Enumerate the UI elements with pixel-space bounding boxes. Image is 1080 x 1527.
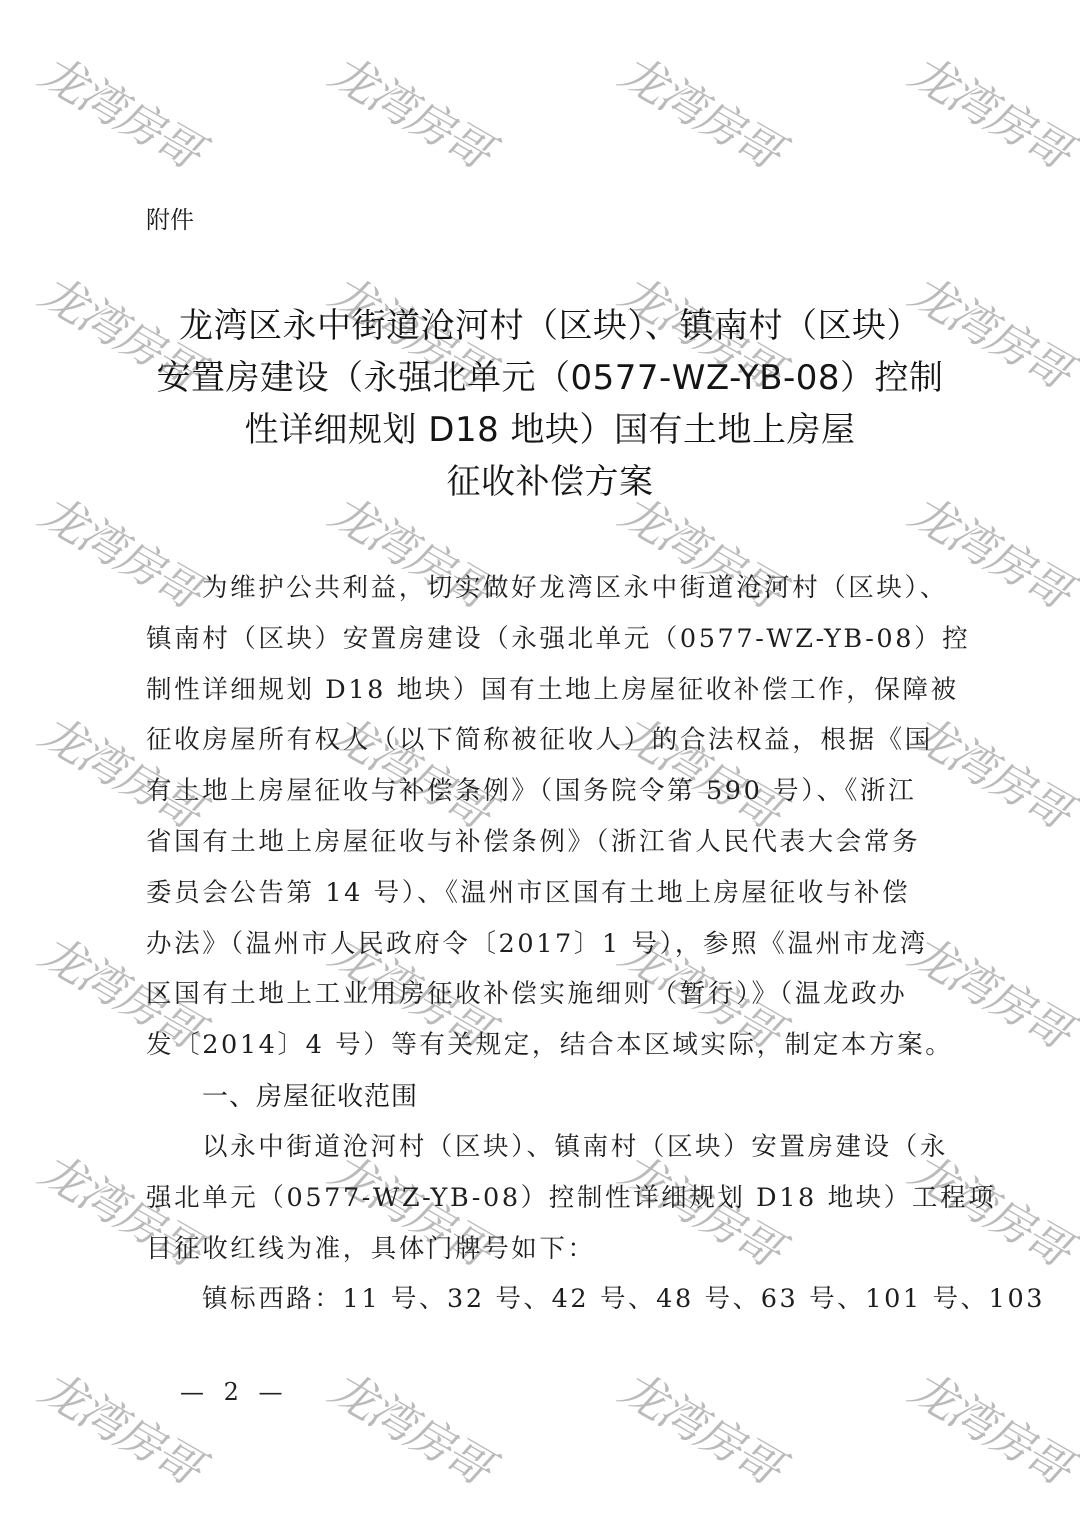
document-title: 龙湾区永中街道沧河村（区块）、镇南村（区块） 安置房建设（永强北单元（0577-…	[140, 300, 960, 508]
title-line: 龙湾区永中街道沧河村（区块）、镇南村（区块）	[140, 300, 960, 352]
page-number: — 2 —	[180, 1378, 289, 1406]
watermark-text: 龙湾房哥	[27, 42, 225, 180]
paragraph-line: 办法》（温州市人民政府令〔2017〕1 号），参照《温州市龙湾	[146, 919, 946, 970]
paragraph-line: 制性详细规划 D18 地块）国有土地上房屋征收补偿工作，保障被	[146, 665, 946, 716]
watermark-text: 龙湾房哥	[317, 42, 515, 180]
paragraph-line: 目征收红线为准，具体门牌号如下：	[146, 1224, 946, 1275]
watermark-text: 龙湾房哥	[607, 42, 805, 180]
paragraph-line: 镇标西路：11 号、32 号、42 号、48 号、63 号、101 号、103	[146, 1274, 946, 1325]
paragraph-line: 征收房屋所有权人（以下简称被征收人）的合法权益，根据《国	[146, 715, 946, 766]
paragraph-line: 为维护公共利益，切实做好龙湾区永中街道沧河村（区块）、	[146, 563, 946, 614]
watermark-text: 龙湾房哥	[317, 1358, 515, 1496]
title-line: 性详细规划 D18 地块）国有土地上房屋	[140, 404, 960, 456]
section-heading: 一、房屋征收范围	[202, 1076, 418, 1113]
paragraph-line: 强北单元（0577-WZ-YB-08）控制性详细规划 D18 地块）工程项	[146, 1173, 946, 1224]
title-line: 安置房建设（永强北单元（0577-WZ-YB-08）控制	[140, 352, 960, 404]
attachment-label: 附件	[146, 200, 194, 235]
watermark-text: 龙湾房哥	[897, 1358, 1080, 1496]
watermark-text: 龙湾房哥	[607, 1358, 805, 1496]
paragraph-line: 委员会公告第 14 号）、《温州市区国有土地上房屋征收与补偿	[146, 868, 946, 919]
paragraph-line: 发〔2014〕4 号）等有关规定，结合本区域实际，制定本方案。	[146, 1020, 946, 1071]
title-line: 征收补偿方案	[140, 456, 960, 508]
paragraph-line: 区国有土地上工业用房征收补偿实施细则（暂行）》（温龙政办	[146, 969, 946, 1020]
paragraph-line: 镇南村（区块）安置房建设（永强北单元（0577-WZ-YB-08）控	[146, 614, 946, 665]
section-1-paragraph: 以永中街道沧河村（区块）、镇南村（区块）安置房建设（永 强北单元（0577-WZ…	[146, 1122, 946, 1325]
paragraph-line: 有土地上房屋征收与补偿条例》（国务院令第 590 号）、《浙江	[146, 766, 946, 817]
watermark-text: 龙湾房哥	[897, 42, 1080, 180]
paragraph-line: 省国有土地上房屋征收与补偿条例》（浙江省人民代表大会常务	[146, 817, 946, 868]
paragraph-line: 以永中街道沧河村（区块）、镇南村（区块）安置房建设（永	[146, 1122, 946, 1173]
document-page: 龙湾房哥 龙湾房哥 龙湾房哥 龙湾房哥 龙湾房哥 龙湾房哥 龙湾房哥 龙湾房哥 …	[0, 0, 1080, 1527]
intro-paragraph: 为维护公共利益，切实做好龙湾区永中街道沧河村（区块）、 镇南村（区块）安置房建设…	[146, 563, 946, 1071]
